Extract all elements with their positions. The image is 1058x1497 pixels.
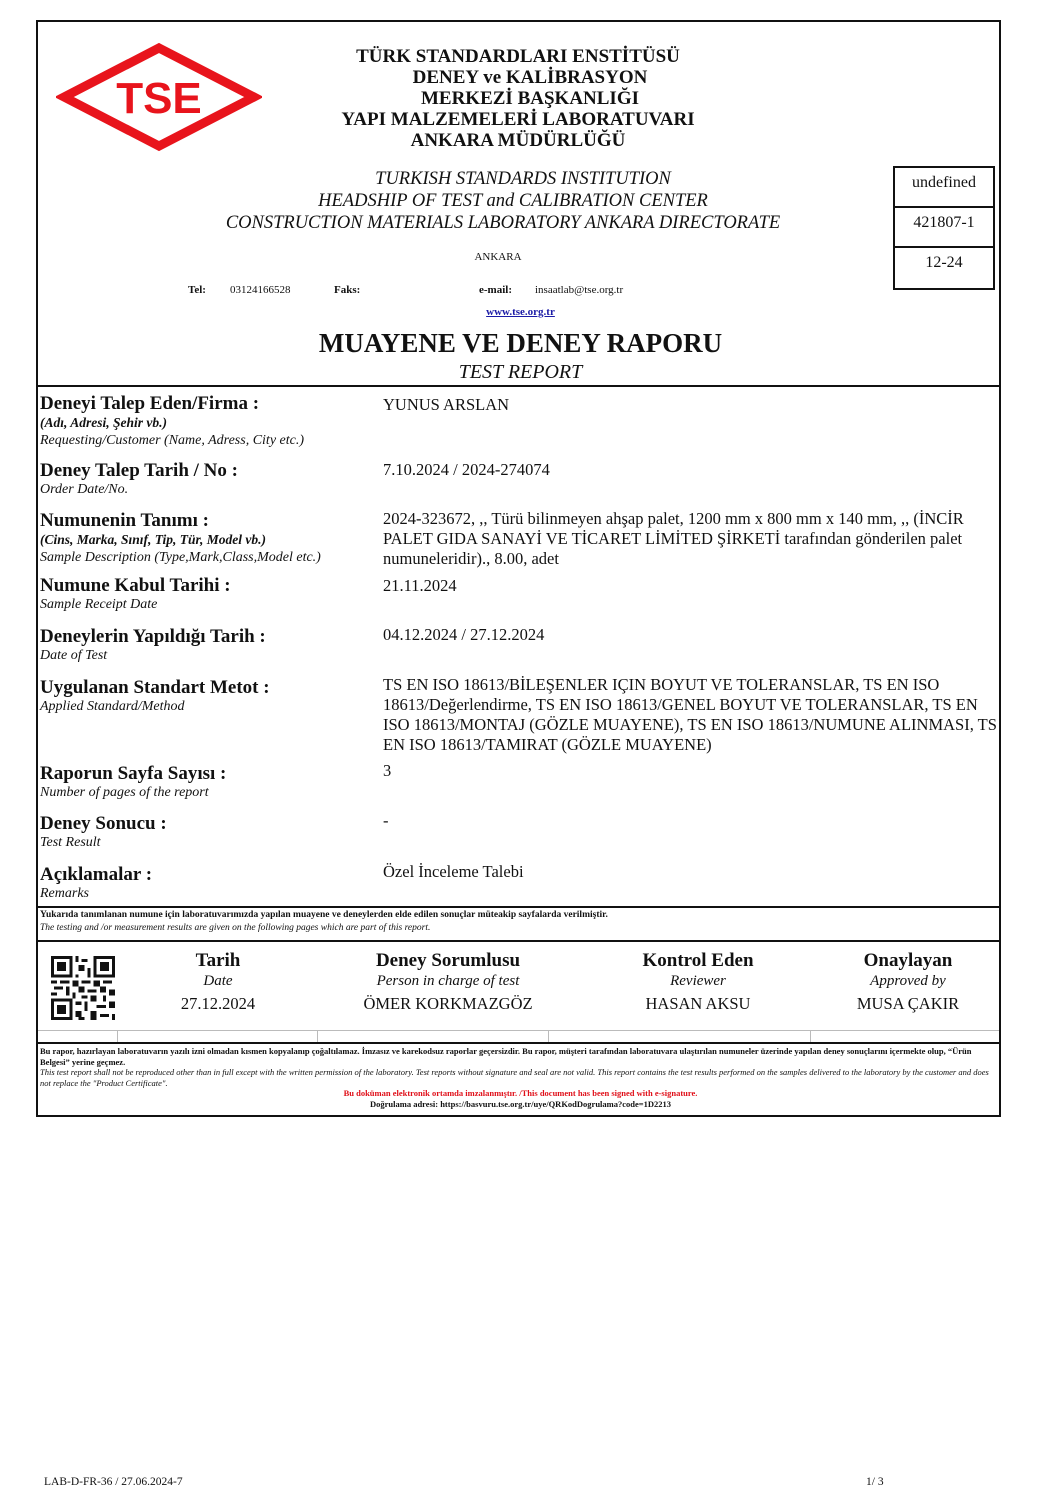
page-number: 1/ 3 — [866, 1476, 884, 1488]
value-standard-method: TS EN ISO 18613/BİLEŞENLER IÇIN BOYUT VE… — [383, 675, 1003, 755]
city: ANKARA — [418, 251, 578, 263]
field-order-date: Deney Talep Tarih / No : Order Date/No. — [40, 460, 370, 499]
field-test-result: Deney Sonucu : Test Result — [40, 813, 370, 852]
email-value[interactable]: insaatlab@tse.org.tr — [535, 284, 623, 296]
report-subtitle: TEST REPORT — [38, 361, 1003, 384]
signature-test-responsible: Deney Sorumlusu Person in charge of test… — [328, 950, 568, 1017]
divider — [38, 1042, 999, 1044]
field-standard-method: Uygulanan Standart Metot : Applied Stand… — [40, 677, 370, 716]
field-receipt-date: Numune Kabul Tarihi : Sample Receipt Dat… — [40, 575, 370, 614]
form-code: LAB-D-FR-36 / 27.06.2024-7 — [44, 1476, 183, 1488]
tel-value: 03124166528 — [230, 284, 291, 296]
value-page-count: 3 — [383, 761, 1003, 781]
field-sample-description: Numunenin Tanımı : (Cins, Marka, Sınıf, … — [40, 510, 370, 567]
value-remarks: Özel İnceleme Talebi — [383, 862, 1003, 882]
value-test-date: 04.12.2024 / 27.12.2024 — [383, 625, 1003, 645]
org-name-tr: TÜRK STANDARDLARI ENSTİTÜSÜ DENEY ve KAL… — [298, 46, 738, 151]
results-note-tr: Yukarıda tanımlanan numune için laboratu… — [40, 910, 608, 920]
email-label: e-mail: — [479, 284, 512, 296]
signature-reviewer: Kontrol Eden Reviewer HASAN AKSU — [598, 950, 798, 1017]
esignature-notice: Bu doküman elektronik ortamda imzalanmış… — [38, 1088, 1003, 1098]
value-sample-description: 2024-323672, ,, Türü bilinmeyen ahşap pa… — [383, 509, 1003, 569]
tel-label: Tel: — [188, 284, 206, 296]
report-page: TSE TÜRK STANDARDLARI ENSTİTÜSÜ DENEY ve… — [36, 20, 1001, 1117]
divider — [38, 940, 999, 942]
value-order-date: 7.10.2024 / 2024-274074 — [383, 460, 1003, 480]
field-page-count: Raporun Sayfa Sayısı : Number of pages o… — [40, 763, 370, 802]
disclaimer-tr: Bu rapor, hazırlayan laboratuvarın yazıl… — [40, 1046, 995, 1068]
results-note-en: The testing and /or measurement results … — [40, 923, 430, 933]
signature-grid-line — [38, 1030, 999, 1031]
tse-logo-icon: TSE — [56, 42, 262, 152]
report-code-box: undefined 421807-1 12-24 — [893, 166, 995, 290]
field-test-date: Deneylerin Yapıldığı Tarih : Date of Tes… — [40, 626, 370, 665]
signature-approver: Onaylayan Approved by MUSA ÇAKIR — [818, 950, 998, 1017]
divider — [38, 385, 999, 387]
value-receipt-date: 21.11.2024 — [383, 576, 1003, 596]
svg-text:TSE: TSE — [116, 74, 202, 123]
qr-code-icon[interactable] — [51, 956, 115, 1020]
fax-label: Faks: — [334, 284, 360, 296]
org-name-en: TURKISH STANDARDS INSTITUTION HEADSHIP O… — [188, 168, 818, 234]
signature-date: Tarih Date 27.12.2024 — [138, 950, 298, 1017]
field-remarks: Açıklamalar : Remarks — [40, 864, 370, 903]
divider — [38, 906, 999, 908]
website-link[interactable]: www.tse.org.tr — [38, 306, 1003, 318]
code-box-line-1: undefined — [895, 168, 993, 208]
field-customer: Deneyi Talep Eden/Firma : (Adı, Adresi, … — [40, 393, 370, 450]
value-customer: YUNUS ARSLAN — [383, 395, 1003, 415]
value-test-result: - — [383, 811, 1003, 831]
disclaimer-en: This test report shall not be reproduced… — [40, 1067, 995, 1089]
verification-link[interactable]: Doğrulama adresi: https://basvuru.tse.or… — [38, 1099, 1003, 1109]
report-title: MUAYENE VE DENEY RAPORU — [38, 328, 1003, 359]
code-box-report-no: 421807-1 — [895, 208, 993, 248]
code-box-period: 12-24 — [895, 248, 993, 288]
